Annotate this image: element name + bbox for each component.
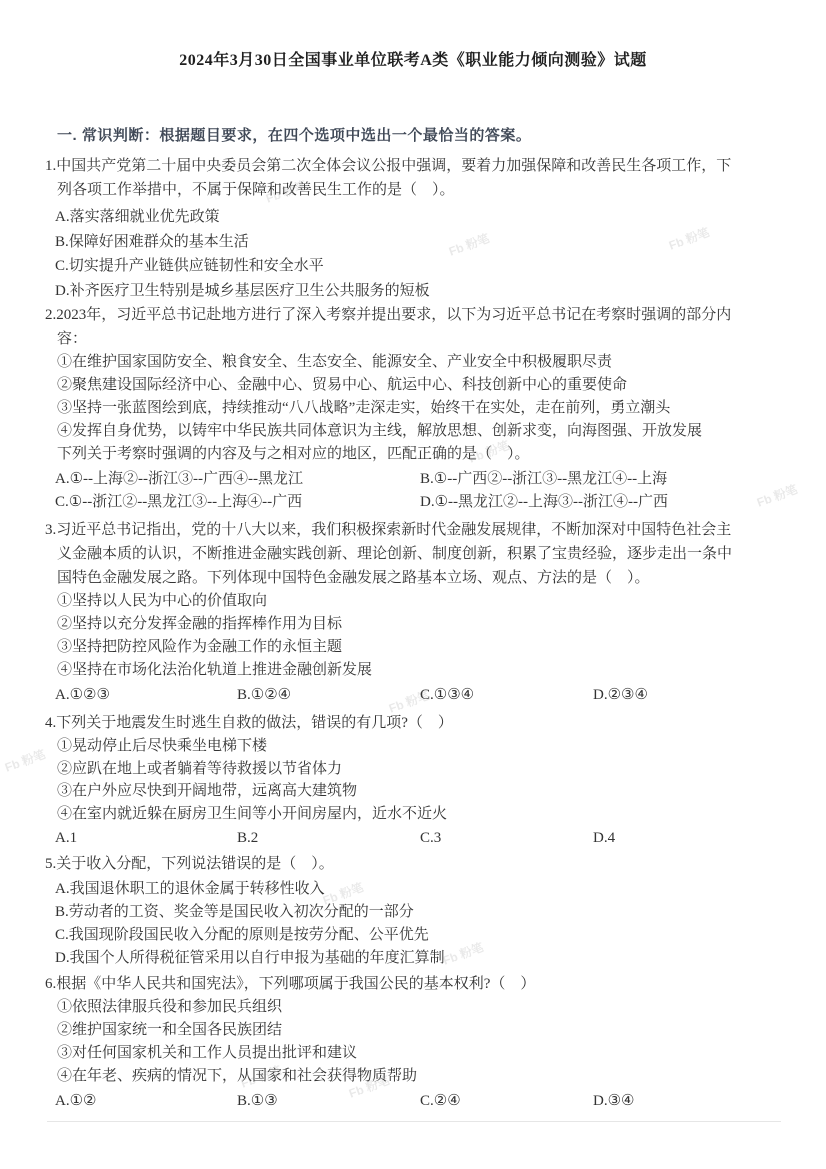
options-grid: A.①② B.①③ C.②④ D.③④ (55, 1090, 783, 1113)
option-b: B.①②④ (237, 684, 420, 707)
option-c: C.①--浙江②--黑龙江③--上海④--广西 (55, 491, 420, 514)
option-c: C.我国现阶段国民收入分配的原则是按劳分配、公平优先 (0, 924, 783, 947)
option-d: D.我国个人所得税征管采用以自行申报为基础的年度汇算制 (0, 947, 783, 970)
question-subitem-2: ②坚持以充分发挥金融的指挥棒作用为目标 (0, 613, 740, 636)
option-d: D.③④ (593, 1090, 783, 1113)
option-b: B.2 (237, 827, 420, 850)
option-c: C.①③④ (420, 684, 593, 707)
question-stem: 1.中国共产党第二十届中央委员会第二次全体会议公报中强调，要着力加强保障和改善民… (0, 154, 740, 202)
page-title: 2024年3月30日全国事业单位联考A类《职业能力倾向测验》试题 (0, 0, 826, 72)
section-header: 一. 常识判断：根据题目要求，在四个选项中选出一个最恰当的答案。 (57, 126, 783, 146)
options-list: A.落实落细就业优先政策 B.保障好困难群众的基本生活 C.切实提升产业链供应链… (0, 205, 783, 303)
question-stem: 5.关于收入分配，下列说法错误的是（ ）。 (0, 852, 740, 876)
option-a: A.1 (55, 827, 237, 850)
question-block-2: 2.2023年，习近平总书记赴地方进行了深入考察并提出要求，以下为习近平总书记在… (0, 303, 783, 514)
exam-page: Fb 粉笔 Fb 粉笔 Fb 粉笔 Fb 粉笔 Fb 粉笔 Fb 粉笔 Fb 粉… (0, 0, 826, 1169)
question-subitem-4: ④在室内就近躲在厨房卫生间等小开间房屋内，近水不近火 (0, 803, 740, 826)
question-block-5: 5.关于收入分配，下列说法错误的是（ ）。 A.我国退休职工的退休金属于转移性收… (0, 852, 783, 970)
question-block-6: 6.根据《中华人民共和国宪法》，下列哪项属于我国公民的基本权利?（ ） ①依照法… (0, 972, 783, 1113)
question-stem: 3.习近平总书记指出，党的十八大以来，我们积极探索新时代金融发展规律，不断加深对… (0, 518, 740, 590)
question-stem: 4.下列关于地震发生时逃生自救的做法，错误的有几项?（ ） (0, 711, 740, 735)
question-subitem-3: ③在户外应尽快到开阔地带，远离高大建筑物 (0, 780, 740, 803)
question-subitem-1: ①坚持以人民为中心的价值取向 (0, 590, 740, 613)
option-a: A.①② (55, 1090, 237, 1113)
option-b: B.①--广西②--浙江③--黑龙江④--上海 (420, 468, 783, 491)
option-c: C.②④ (420, 1090, 593, 1113)
option-d: D.②③④ (593, 684, 783, 707)
question-subitem-2: ②聚焦建设国际经济中心、金融中心、贸易中心、航运中心、科技创新中心的重要使命 (0, 374, 740, 397)
page-divider (47, 1121, 781, 1122)
question-subitem-1: ①晃动停止后尽快乘坐电梯下楼 (0, 735, 740, 758)
option-d: D.4 (593, 827, 783, 850)
option-b: B.①③ (237, 1090, 420, 1113)
question-subitem-4: ④发挥自身优势，以铸牢中华民族共同体意识为主线，解放思想、创新求变，向海图强、开… (0, 420, 740, 443)
question-subitem-2: ②维护国家统一和全国各民族团结 (0, 1019, 740, 1042)
question-subitem-4: ④在年老、疾病的情况下，从国家和社会获得物质帮助 (0, 1065, 740, 1088)
option-b: B.保障好困难群众的基本生活 (0, 230, 783, 255)
question-block-3: 3.习近平总书记指出，党的十八大以来，我们积极探索新时代金融发展规律，不断加深对… (0, 518, 783, 707)
options-list: A.我国退休职工的退休金属于转移性收入 B.劳动者的工资、奖金等是国民收入初次分… (0, 878, 783, 970)
question-block-1: 1.中国共产党第二十届中央委员会第二次全体会议公报中强调，要着力加强保障和改善民… (0, 154, 783, 303)
question-followup: 下列关于考察时强调的内容及与之相对应的地区，匹配正确的是（ ）。 (0, 443, 740, 466)
option-a: A.落实落细就业优先政策 (0, 205, 783, 230)
option-b: B.劳动者的工资、奖金等是国民收入初次分配的一部分 (0, 901, 783, 924)
option-c: C.3 (420, 827, 593, 850)
options-grid: A.1 B.2 C.3 D.4 (55, 827, 783, 850)
option-a: A.我国退休职工的退休金属于转移性收入 (0, 878, 783, 901)
question-stem: 6.根据《中华人民共和国宪法》，下列哪项属于我国公民的基本权利?（ ） (0, 972, 740, 996)
option-d: D.①--黑龙江②--上海③--浙江④--广西 (420, 491, 783, 514)
question-subitem-3: ③对任何国家机关和工作人员提出批评和建议 (0, 1042, 740, 1065)
options-grid: A.①--上海②--浙江③--广西④--黑龙江 B.①--广西②--浙江③--黑… (55, 468, 783, 514)
question-subitem-2: ②应趴在地上或者躺着等待救援以节省体力 (0, 758, 740, 781)
option-a: A.①②③ (55, 684, 237, 707)
question-subitem-1: ①依照法律服兵役和参加民兵组织 (0, 996, 740, 1019)
question-subitem-3: ③坚持把防控风险作为金融工作的永恒主题 (0, 636, 740, 659)
question-subitem-4: ④坚持在市场化法治化轨道上推进金融创新发展 (0, 659, 740, 682)
options-grid: A.①②③ B.①②④ C.①③④ D.②③④ (55, 684, 783, 707)
option-c: C.切实提升产业链供应链韧性和安全水平 (0, 254, 783, 279)
option-d: D.补齐医疗卫生特别是城乡基层医疗卫生公共服务的短板 (0, 279, 783, 304)
question-subitem-3: ③坚持一张蓝图绘到底，持续推动“八八战略”走深走实，始终干在实处，走在前列，勇立… (0, 397, 740, 420)
option-a: A.①--上海②--浙江③--广西④--黑龙江 (55, 468, 420, 491)
question-stem: 2.2023年，习近平总书记赴地方进行了深入考察并提出要求，以下为习近平总书记在… (0, 303, 740, 351)
question-block-4: 4.下列关于地震发生时逃生自救的做法，错误的有几项?（ ） ①晃动停止后尽快乘坐… (0, 711, 783, 850)
question-subitem-1: ①在维护国家国防安全、粮食安全、生态安全、能源安全、产业安全中积极履职尽责 (0, 351, 740, 374)
